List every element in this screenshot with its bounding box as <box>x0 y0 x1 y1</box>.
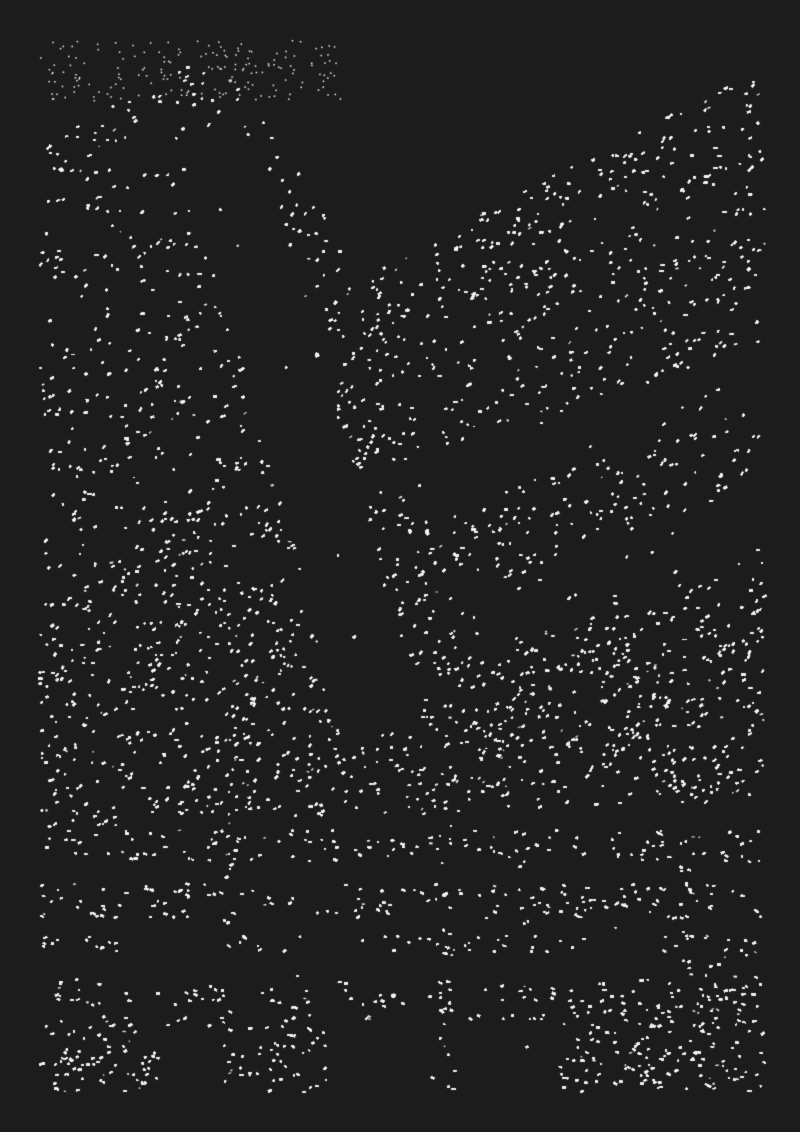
poster-frame <box>0 0 800 1132</box>
stipple-artwork <box>0 0 800 1132</box>
